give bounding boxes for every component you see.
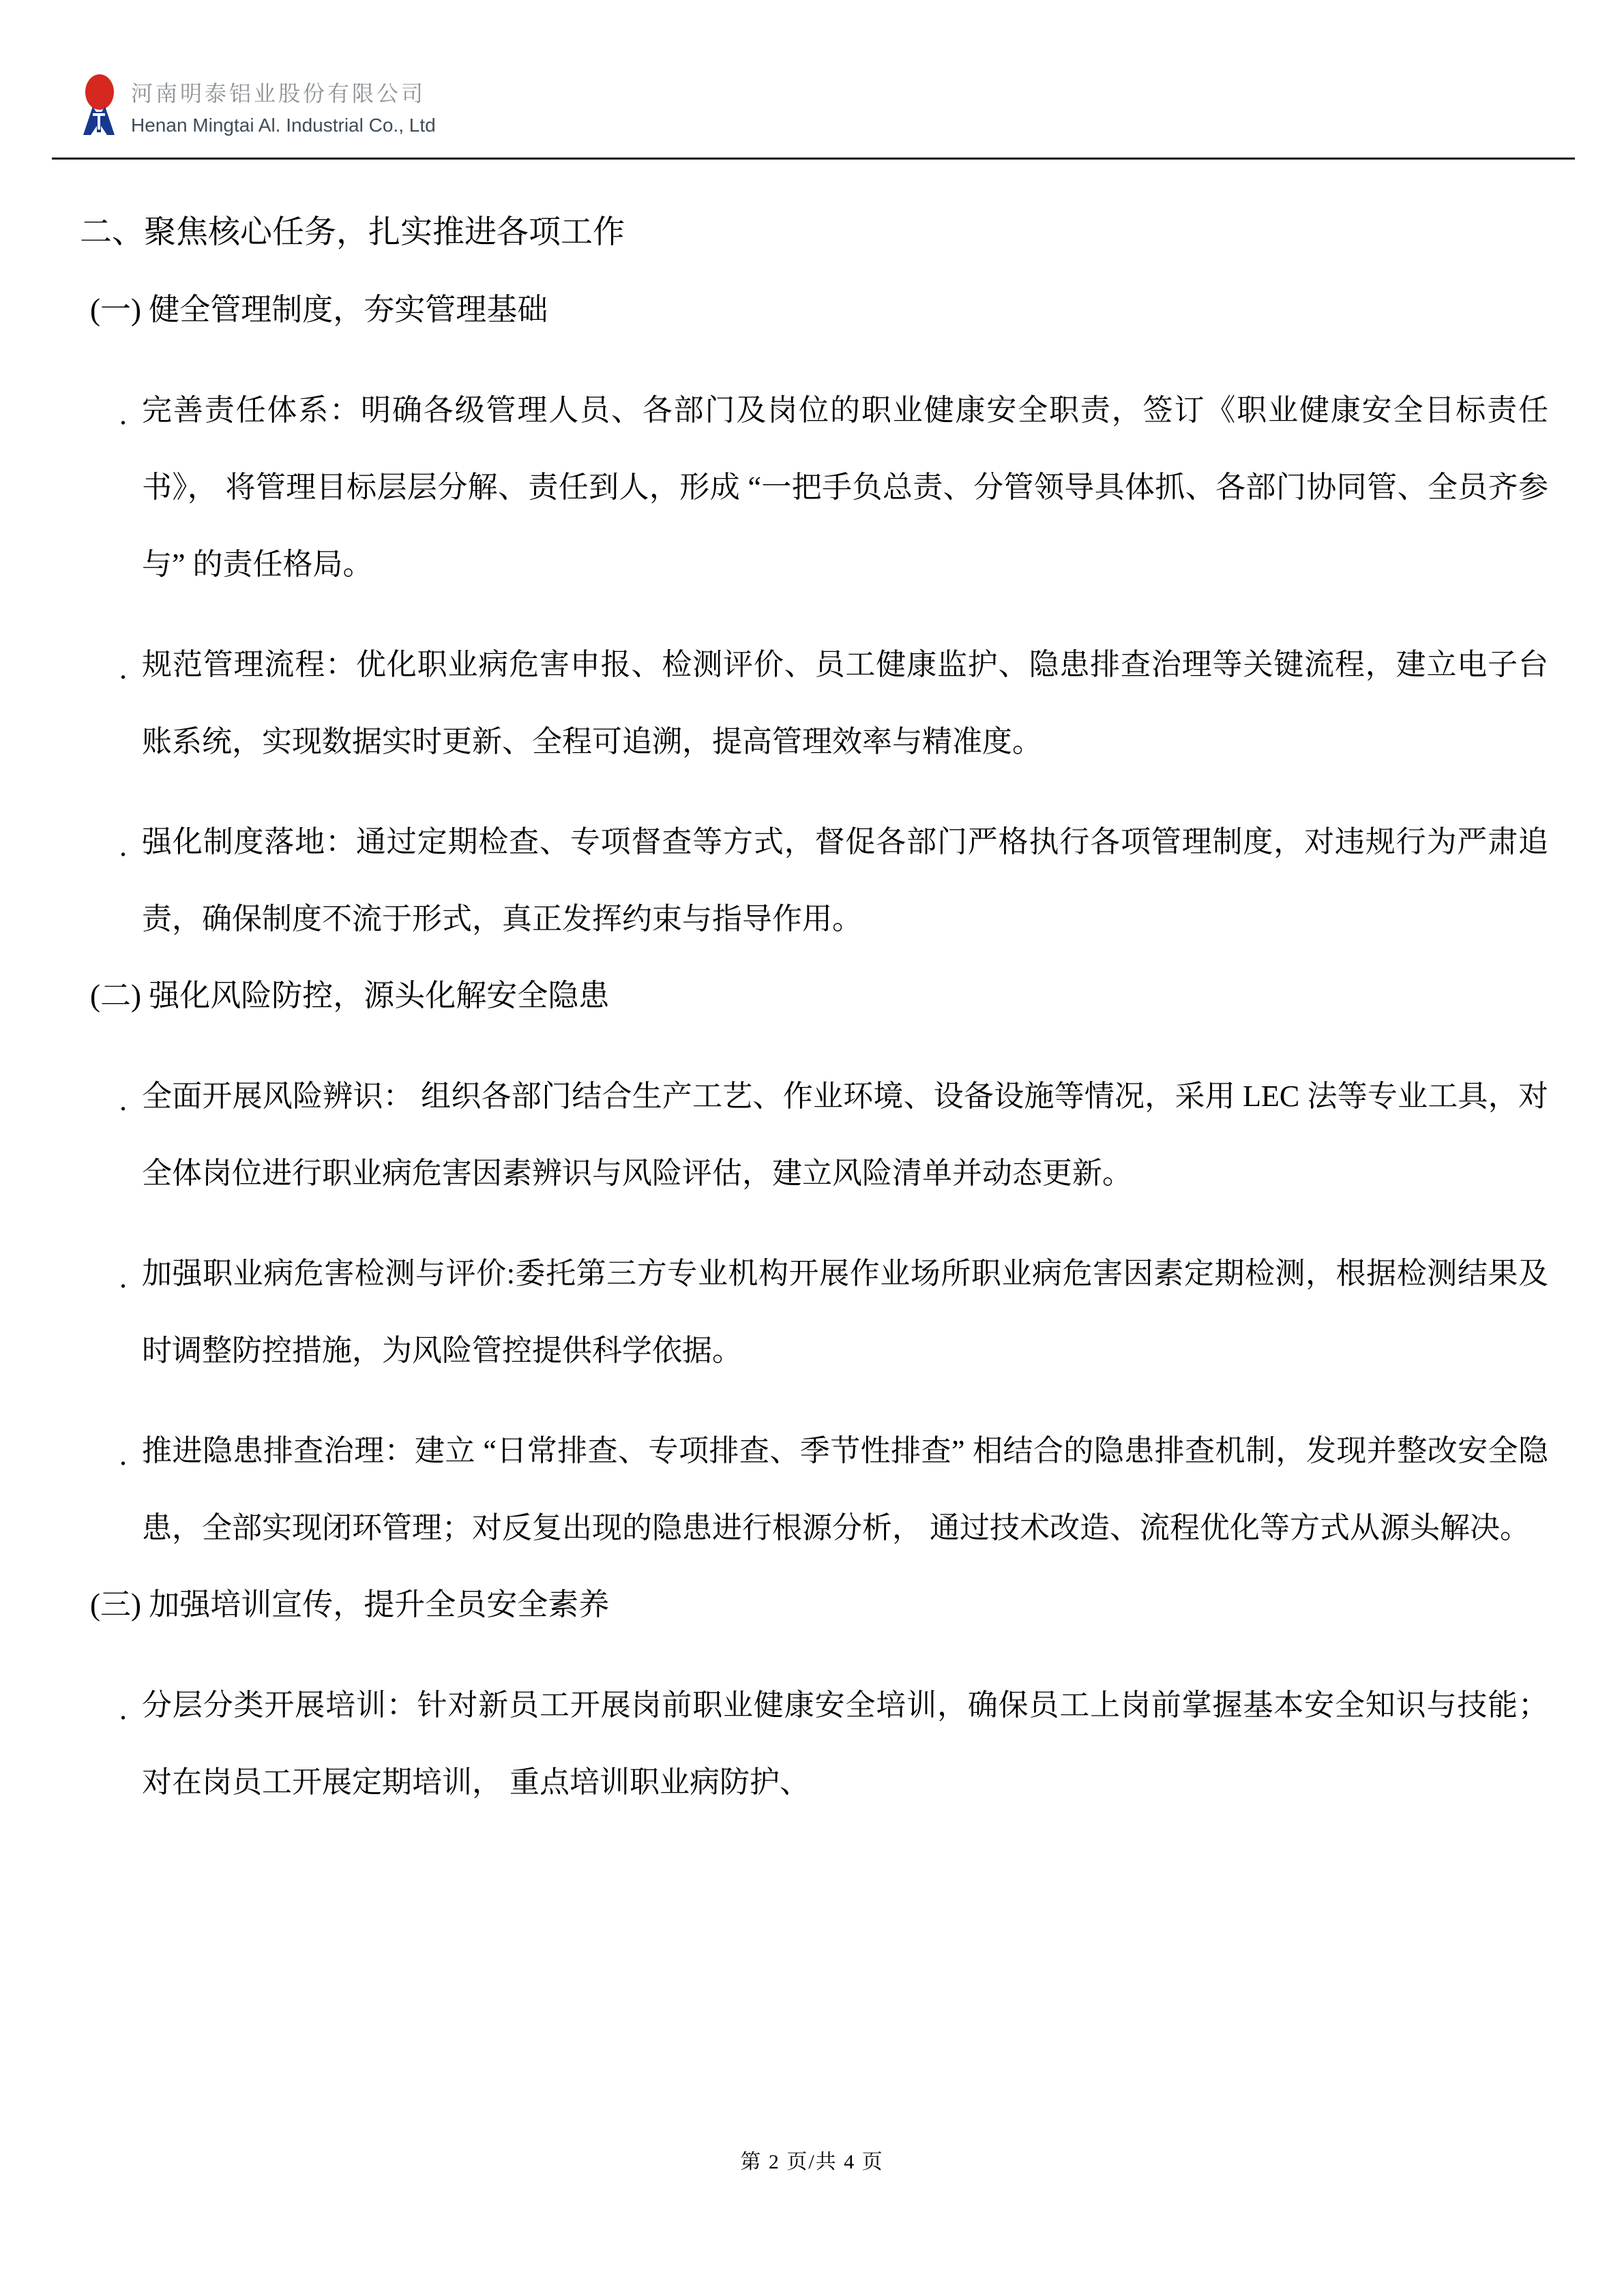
document-body: 二、聚焦核心任务，扎实推进各项工作 (一) 健全管理制度，夯实管理基础 . 完善…: [80, 167, 1548, 1821]
list-item-text: 强化制度落地：通过定期检查、专项督查等方式，督促各部门严格执行各项管理制度，对违…: [142, 825, 1548, 936]
list-item: . 规范管理流程：优化职业病危害申报、检测评价、员工健康监护、隐患排查治理等关键…: [80, 626, 1548, 780]
list-item-text: 推进隐患排查治理：建立 “日常排查、专项排查、季节性排查” 相结合的隐患排查机制…: [142, 1434, 1548, 1545]
list-item: . 完善责任体系：明确各级管理人员、各部门及岗位的职业健康安全职责，签订《职业健…: [80, 372, 1548, 603]
bullet-marker: .: [119, 1671, 127, 1748]
list-item-text: 完善责任体系：明确各级管理人员、各部门及岗位的职业健康安全职责，签订《职业健康安…: [142, 393, 1548, 581]
header-divider: [52, 158, 1575, 160]
document-page: 河南明泰铝业股份有限公司 Henan Mingtai Al. Industria…: [0, 0, 1624, 2296]
list-item-text: 分层分类开展培训：针对新员工开展岗前职业健康安全培训，确保员工上岗前掌握基本安全…: [142, 1688, 1548, 1799]
company-logo-icon: [82, 74, 116, 136]
list-item: . 加强职业病危害检测与评价:委托第三方专业机构开展作业场所职业病危害因素定期检…: [80, 1235, 1548, 1389]
list-item-text: 规范管理流程：优化职业病危害申报、检测评价、员工健康监护、隐患排查治理等关键流程…: [142, 648, 1548, 758]
company-name-block: 河南明泰铝业股份有限公司 Henan Mingtai Al. Industria…: [131, 74, 436, 136]
company-name-en: Henan Mingtai Al. Industrial Co., Ltd: [131, 115, 436, 136]
bullet-marker: .: [119, 1239, 127, 1316]
list-item: . 全面开展风险辨识： 组织各部门结合生产工艺、作业环境、设备设施等情况，采用 …: [80, 1058, 1548, 1212]
company-name-zh: 河南明泰铝业股份有限公司: [131, 76, 436, 108]
list-item: . 分层分类开展培训：针对新员工开展岗前职业健康安全培训，确保员工上岗前掌握基本…: [80, 1667, 1548, 1821]
subsection-heading-1: (一) 健全管理制度，夯实管理基础: [90, 271, 1548, 348]
bullet-marker: .: [119, 1416, 127, 1493]
list-item: . 推进隐患排查治理：建立 “日常排查、专项排查、季节性排查” 相结合的隐患排查…: [80, 1412, 1548, 1566]
bullet-marker: .: [119, 630, 127, 707]
list-item-text: 加强职业病危害检测与评价:委托第三方专业机构开展作业场所职业病危害因素定期检测，…: [142, 1257, 1548, 1367]
bullet-marker: .: [119, 376, 127, 453]
page-header: 河南明泰铝业股份有限公司 Henan Mingtai Al. Industria…: [82, 74, 436, 136]
list-item-text: 全面开展风险辨识： 组织各部门结合生产工艺、作业环境、设备设施等情况，采用 LE…: [142, 1079, 1548, 1190]
subsection-heading-3: (三) 加强培训宣传，提升全员安全素养: [90, 1566, 1548, 1643]
bullet-marker: .: [119, 1062, 127, 1139]
section-title: 二、聚焦核心任务，扎实推进各项工作: [80, 194, 1548, 271]
bullet-marker: .: [119, 807, 127, 884]
list-item: . 强化制度落地：通过定期检查、专项督查等方式，督促各部门严格执行各项管理制度，…: [80, 803, 1548, 957]
subsection-heading-2: (二) 强化风险防控，源头化解安全隐患: [90, 957, 1548, 1034]
page-number: 第 2 页/共 4 页: [0, 2145, 1624, 2175]
